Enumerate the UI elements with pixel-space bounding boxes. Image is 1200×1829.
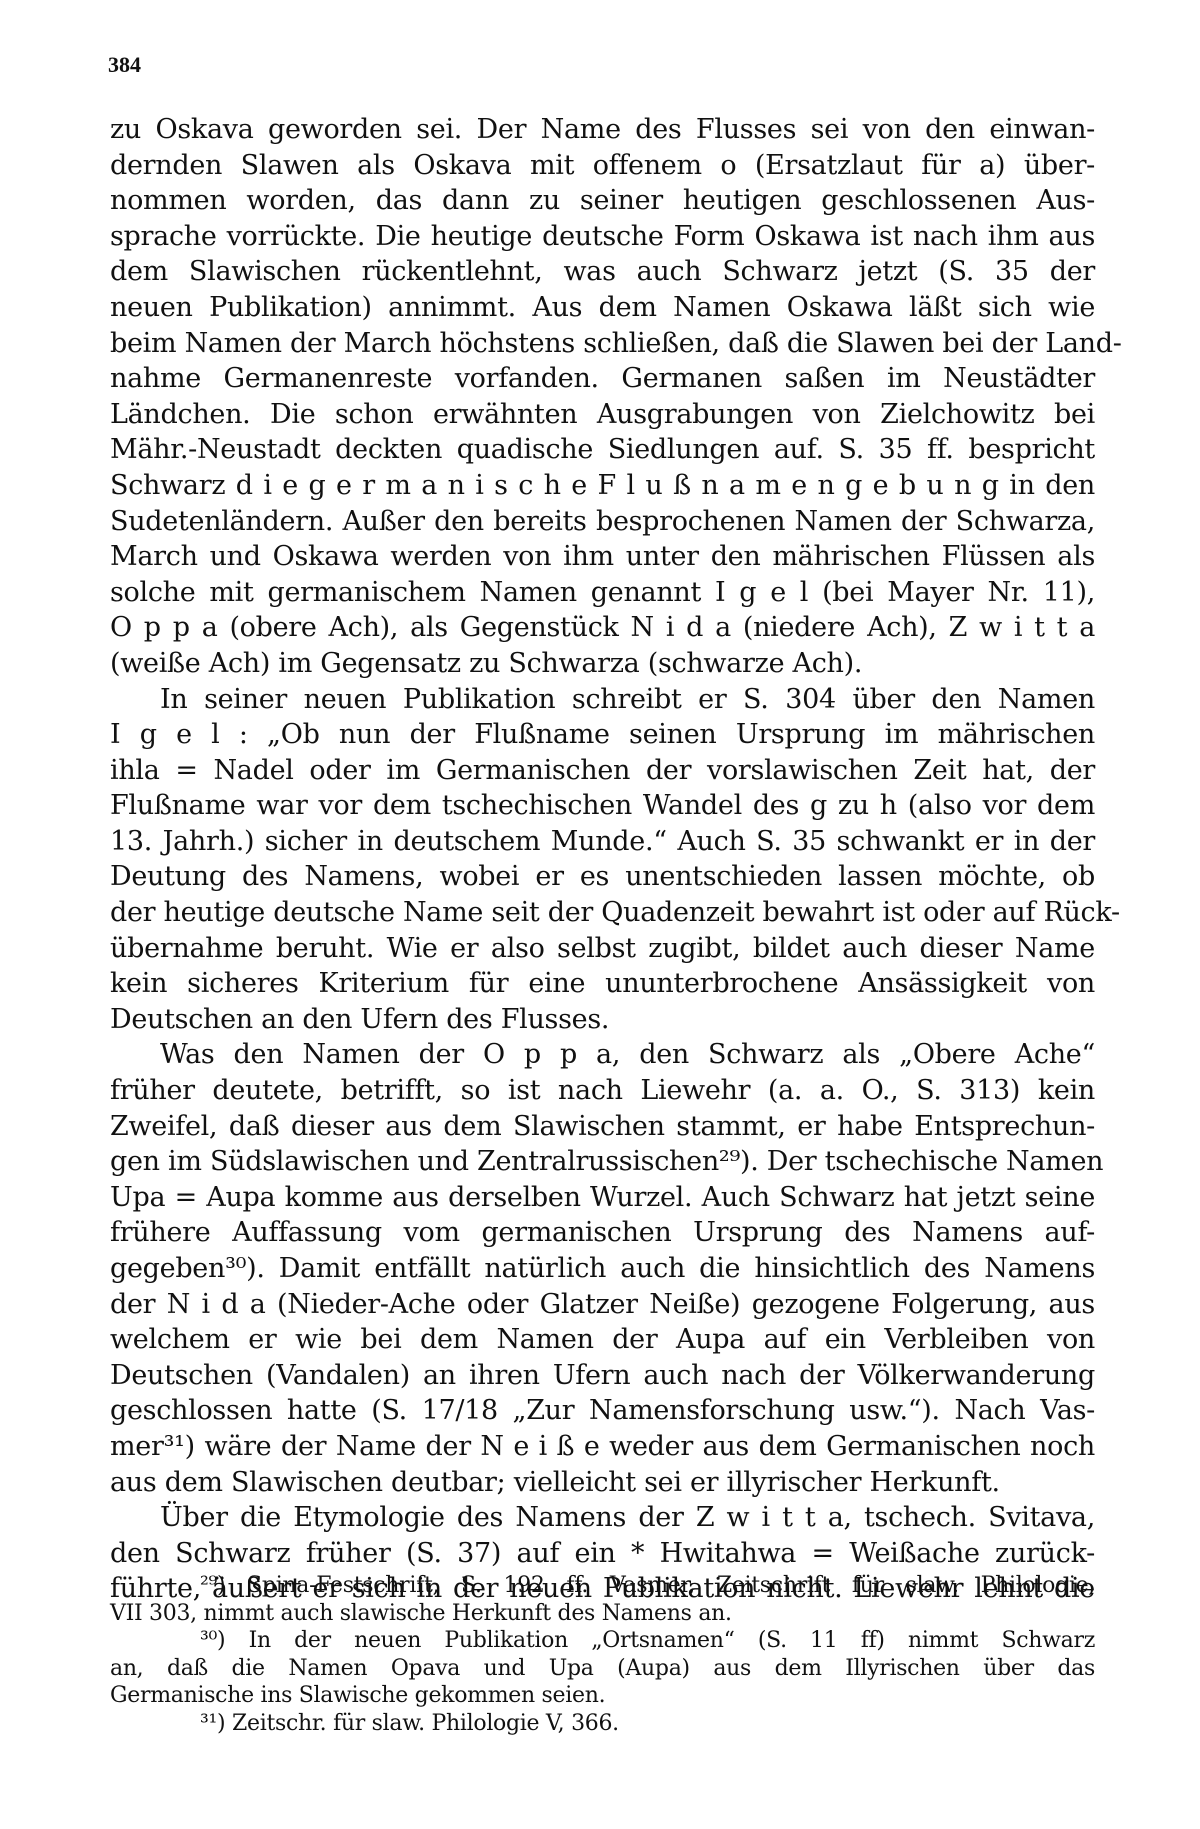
text-line: der heutige deutsche Name seit der Quade… (110, 895, 1095, 931)
text-line: beim Namen der March höchstens schließen… (110, 326, 1095, 362)
text-line: ihla = Nadel oder im Germanischen der vo… (110, 753, 1095, 789)
text-line: dernden Slawen als Oskava mit offenem o … (110, 148, 1095, 184)
text-line: Schwarz d i e g e r m a n i s c h e F l … (110, 468, 1095, 504)
text-line: der N i d a (Nieder-Ache oder Glatzer Ne… (110, 1287, 1095, 1323)
text-line: March und Oskawa werden von ihm unter de… (110, 539, 1095, 575)
text-line: Mähr.-Neustadt deckten quadische Siedlun… (110, 432, 1095, 468)
text-line: gegeben³⁰). Damit entfällt natürlich auc… (110, 1251, 1095, 1287)
footnote-line: ³¹) Zeitschr. für slaw. Philologie V, 36… (110, 1710, 1095, 1738)
text-line: I g e l : „Ob nun der Flußname seinen Ur… (110, 717, 1095, 753)
text-line: solche mit germanischem Namen genannt I … (110, 575, 1095, 611)
text-line: (weiße Ach) im Gegensatz zu Schwarza (sc… (110, 646, 1095, 682)
text-line: Ländchen. Die schon erwähnten Ausgrabung… (110, 397, 1095, 433)
body-text: zu Oskava geworden sei. Der Name des Flu… (110, 112, 1095, 1607)
text-line: Flußname war vor dem tschechischen Wande… (110, 788, 1095, 824)
text-line: übernahme beruht. Wie er also selbst zug… (110, 931, 1095, 967)
text-line: Was den Namen der O p p a, den Schwarz a… (110, 1037, 1095, 1073)
text-line: nommen worden, das dann zu seiner heutig… (110, 183, 1095, 219)
text-line: nahme Germanenreste vorfanden. Germanen … (110, 361, 1095, 397)
text-line: welchem er wie bei dem Namen der Aupa au… (110, 1322, 1095, 1358)
text-line: dem Slawischen rückentlehnt, was auch Sc… (110, 254, 1095, 290)
footnote-line: an, daß die Namen Opava und Upa (Aupa) a… (110, 1655, 1095, 1683)
text-line: In seiner neuen Publikation schreibt er … (110, 682, 1095, 718)
text-line: Deutung des Namens, wobei er es unentsch… (110, 859, 1095, 895)
page-number: 384 (108, 52, 141, 78)
text-line: Über die Etymologie des Namens der Z w i… (110, 1500, 1095, 1536)
text-line: zu Oskava geworden sei. Der Name des Flu… (110, 112, 1095, 148)
text-line: mer³¹) wäre der Name der N e i ß e weder… (110, 1429, 1095, 1465)
text-line: Deutschen an den Ufern des Flusses. (110, 1002, 1095, 1038)
footnote-line: VII 303, nimmt auch slawische Herkunft d… (110, 1600, 1095, 1628)
text-line: 13. Jahrh.) sicher in deutschem Munde.“ … (110, 824, 1095, 860)
text-line: sprache vorrückte. Die heutige deutsche … (110, 219, 1095, 255)
text-line: früher deutete, betrifft, so ist nach Li… (110, 1073, 1095, 1109)
footnote-line: Germanische ins Slawische gekommen seien… (110, 1682, 1095, 1710)
text-line: gen im Südslawischen und Zentralrussisch… (110, 1144, 1095, 1180)
text-line: O p p a (obere Ach), als Gegenstück N i … (110, 610, 1095, 646)
footnote-line: ²⁹) Spina-Festschrift, S. 192 ff. Vasmer… (110, 1572, 1095, 1600)
text-line: den Schwarz früher (S. 37) auf ein * Hwi… (110, 1536, 1095, 1572)
text-line: aus dem Slawischen deutbar; vielleicht s… (110, 1465, 1095, 1501)
footnotes: ²⁹) Spina-Festschrift, S. 192 ff. Vasmer… (110, 1572, 1095, 1737)
text-line: neuen Publikation) annimmt. Aus dem Name… (110, 290, 1095, 326)
text-line: Deutschen (Vandalen) an ihren Ufern auch… (110, 1358, 1095, 1394)
text-line: geschlossen hatte (S. 17/18 „Zur Namensf… (110, 1393, 1095, 1429)
footnote-line: ³⁰) In der neuen Publikation „Ortsnamen“… (110, 1627, 1095, 1655)
text-line: Zweifel, daß dieser aus dem Slawischen s… (110, 1109, 1095, 1145)
text-line: frühere Auffassung vom germanischen Ursp… (110, 1215, 1095, 1251)
text-line: Sudetenländern. Außer den bereits bespro… (110, 504, 1095, 540)
text-line: Upa = Aupa komme aus derselben Wurzel. A… (110, 1180, 1095, 1216)
text-line: kein sicheres Kriterium für eine ununter… (110, 966, 1095, 1002)
